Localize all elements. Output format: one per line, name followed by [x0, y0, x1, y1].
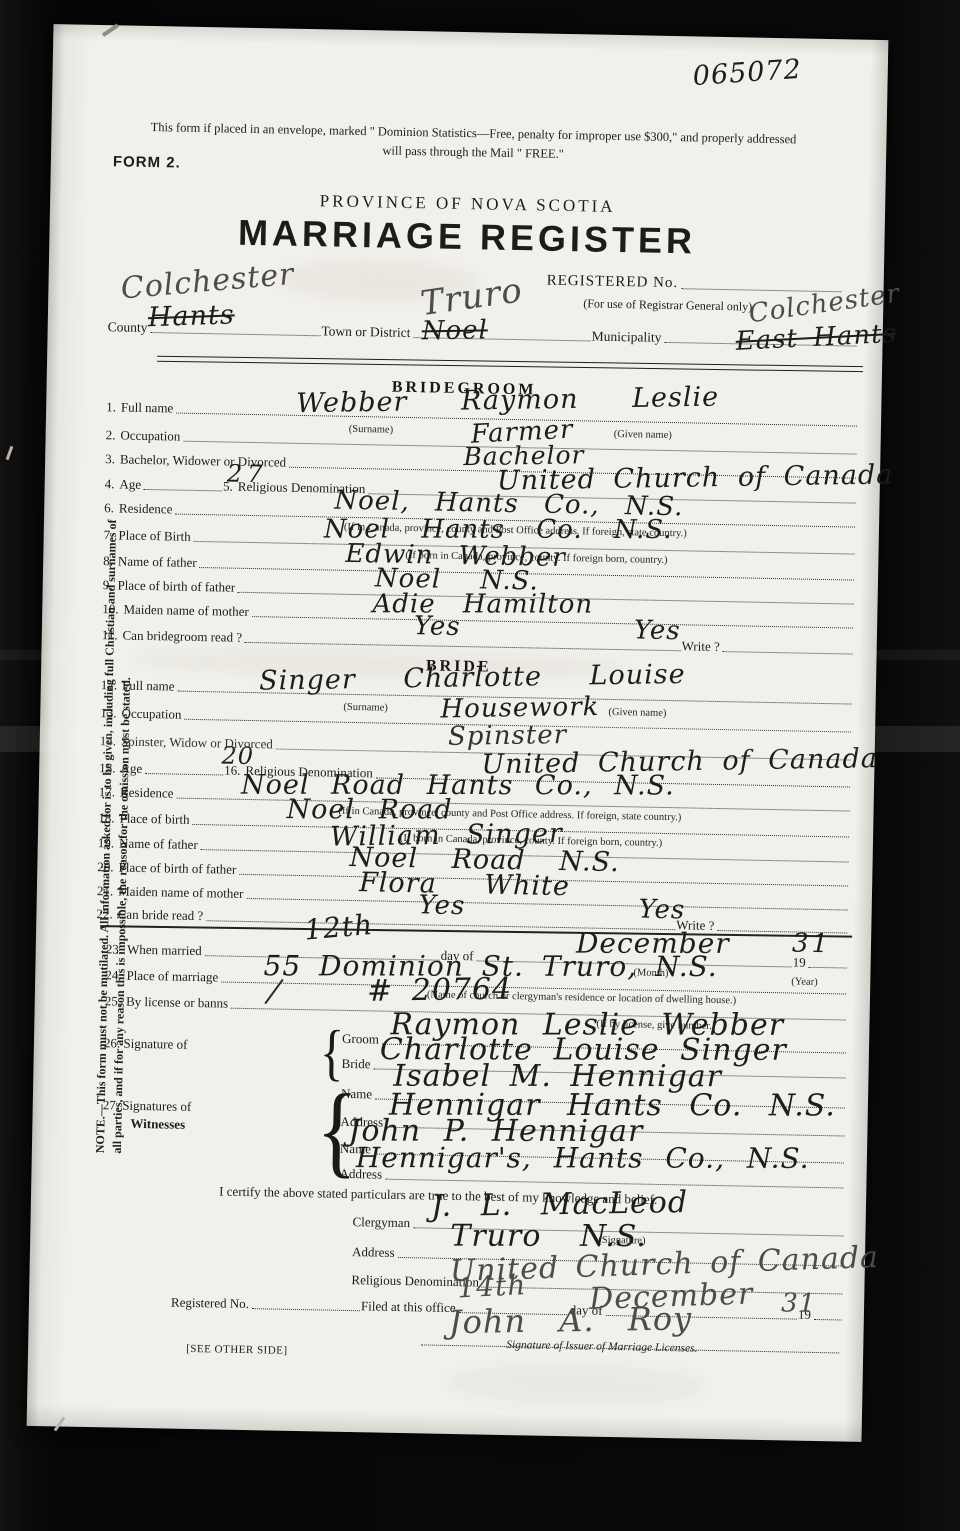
- bride-can-write-value: Yes: [638, 897, 685, 924]
- municipality-original: East Hants: [735, 321, 897, 355]
- field-number: 3.: [105, 451, 115, 467]
- groom-age-label: Age: [119, 476, 143, 492]
- field-number: 1.: [106, 399, 116, 415]
- dotted-line: [144, 489, 222, 491]
- issuer-signature: John A. Roy: [449, 1302, 693, 1338]
- clergyman-address-value: Truro N.S.: [450, 1222, 647, 1252]
- license-number-value: # 20764: [367, 975, 513, 1007]
- municipality-label: Municipality: [592, 329, 664, 346]
- license-or-banns-label: By license or banns: [126, 994, 230, 1012]
- clergyman-address-label: Address: [352, 1244, 397, 1261]
- scanner-background: 065072 This form if placed in an envelop…: [0, 0, 960, 1531]
- dotted-line: [245, 642, 681, 651]
- groom-mother-value: Adie Hamilton: [372, 591, 593, 617]
- groom-full-name-value: Webber Raymon Leslie: [296, 384, 719, 418]
- bride-full-name-value: Singer Charlotte Louise: [259, 661, 686, 695]
- scan-smudge: [447, 1362, 708, 1407]
- dotted-line: [809, 967, 847, 969]
- registered-no-bottom-label: Registered No.: [171, 1295, 251, 1313]
- field-number: 4.: [105, 476, 115, 492]
- groom-can-read-label: Can bridegroom read ?: [122, 628, 244, 646]
- marriage-register-form: 065072 This form if placed in an envelop…: [27, 24, 889, 1442]
- bride-can-read-value: Yes: [418, 892, 465, 919]
- scan-number: 065072: [692, 56, 803, 90]
- county-label: County: [108, 319, 150, 336]
- registered-no-note: (For use of Registrar General only): [583, 296, 752, 314]
- clergyman-signature: J. L. MacLeod: [431, 1188, 689, 1222]
- witness1-name-label: Name: [341, 1086, 374, 1103]
- dotted-line: [145, 773, 223, 775]
- county-correction: Colchester: [120, 260, 296, 305]
- town-original: Noel: [422, 317, 489, 344]
- bride-status-value: Spinster: [448, 722, 568, 750]
- groom-can-write-value: Yes: [634, 617, 681, 644]
- dotted-line: [723, 651, 853, 654]
- section-divider: [157, 356, 863, 372]
- groom-can-read-value: Yes: [414, 613, 461, 640]
- bride-father-birthplace-label: Place of birth of father: [118, 860, 238, 878]
- dotted-line: [150, 332, 320, 336]
- county-original: Hants: [148, 301, 236, 331]
- place-of-marriage-label: Place of marriage: [126, 968, 220, 986]
- filed-day-value: 14th: [457, 1271, 527, 1302]
- filed-year-value: 31: [781, 1290, 817, 1317]
- mailing-notice: This form if placed in an envelope, mark…: [143, 118, 804, 168]
- when-married-day-value: 12th: [303, 911, 374, 945]
- filed-at-office-label: Filed at this office: [361, 1298, 458, 1316]
- witnesses-label-line2: Witnesses: [130, 1116, 185, 1133]
- corner-fold-mark: [102, 24, 119, 37]
- groom-signature-label: Groom: [342, 1031, 381, 1048]
- town-correction: Truro: [419, 273, 525, 321]
- bride-mother-label: Maiden name of mother: [118, 884, 246, 902]
- town-district-label: Town or District: [321, 323, 412, 341]
- field-number: 2.: [105, 427, 115, 443]
- groom-mother-label: Maiden name of mother: [123, 602, 251, 620]
- when-married-year-value: 31: [792, 930, 832, 957]
- groom-occupation-label: Occupation: [120, 427, 182, 444]
- dotted-line: [252, 1308, 360, 1311]
- registered-no-label: REGISTERED No.: [547, 273, 681, 293]
- groom-full-name-label: Full name: [121, 399, 176, 416]
- see-other-side-label: [SEE OTHER SIDE]: [186, 1343, 288, 1357]
- clergyman-label: Clergyman: [352, 1214, 412, 1231]
- margin-note: NOTE.—This form must not be mutilated. A…: [92, 513, 139, 1154]
- bride-occupation-value: Housework: [440, 694, 599, 722]
- groom-can-write-label: Write ?: [681, 638, 721, 655]
- witness2-address-value: Hennigar's, Hants Co., N.S.: [356, 1144, 810, 1173]
- bride-age-value: 20: [221, 743, 254, 768]
- when-married-label: When married: [127, 942, 204, 959]
- dotted-line: [814, 1319, 842, 1321]
- form-number-label: FORM 2.: [113, 153, 181, 171]
- issuer-caption: Signature of Issuer of Marriage Licenses…: [506, 1339, 697, 1355]
- groom-age-value: 27: [227, 462, 268, 487]
- scan-scratch: [6, 446, 14, 460]
